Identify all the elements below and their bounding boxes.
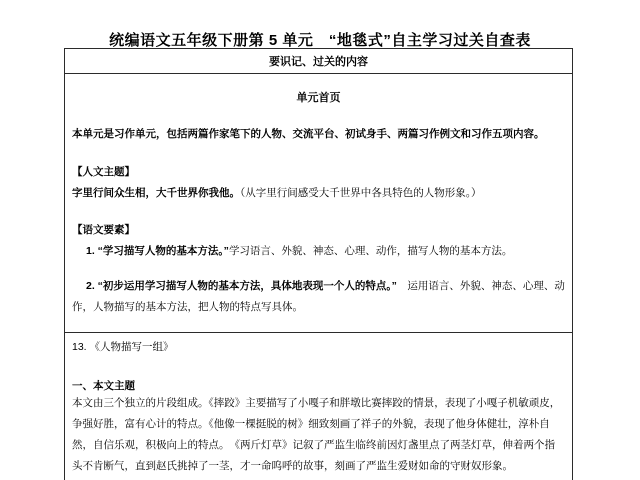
language-elements-block: 【语文要素】 1. “学习描写人物的基本方法。”学习语言、外貌、神态、心理、动作… <box>72 220 565 318</box>
unit-home-heading: 单元首页 <box>72 88 565 109</box>
page-title: 统编语文五年级下册第 5 单元 “地毯式”自主学习过关自查表 <box>0 29 640 50</box>
document-page: 统编语文五年级下册第 5 单元 “地毯式”自主学习过关自查表 要识记、过关的内容… <box>0 0 640 480</box>
humanities-theme-block: 【人文主题】 字里行间众生相，大千世界你我他。（从字里行间感受大千世界中各具特色… <box>72 162 565 204</box>
language-element-1: 1. “学习描写人物的基本方法。”学习语言、外貌、神态、心理、动作，描写人物的基… <box>72 241 565 262</box>
humanities-theme-main: 字里行间众生相，大千世界你我他。 <box>72 187 240 199</box>
unit-intro-text: 本单元是习作单元，包括两篇作家笔下的人物、交流平台、初试身手、两篇习作例文和习作… <box>72 124 565 145</box>
content-table: 要识记、过关的内容 单元首页 本单元是习作单元，包括两篇作家笔下的人物、交流平台… <box>64 48 573 480</box>
language-elements-label: 【语文要素】 <box>72 220 565 241</box>
unit-overview-cell: 单元首页 本单元是习作单元，包括两篇作家笔下的人物、交流平台、初试身手、两篇习作… <box>65 74 572 333</box>
humanities-theme-note: （从字里行间感受大千世界中各具特色的人物形象。） <box>240 187 482 199</box>
humanities-theme-label: 【人文主题】 <box>72 162 565 183</box>
table-header: 要识记、过关的内容 <box>65 49 572 74</box>
language-element-1-desc: 学习语言、外貌、神态、心理、动作，描写人物的基本方法。 <box>229 245 513 257</box>
lesson13-title: 13. 《人物描写一组》 <box>72 337 565 358</box>
humanities-theme-line: 字里行间众生相，大千世界你我他。（从字里行间感受大千世界中各具特色的人物形象。） <box>72 183 565 204</box>
language-element-1-quote: 1. “学习描写人物的基本方法。” <box>86 245 229 257</box>
language-element-2-quote: 2. “初步运用学习描写人物的基本方法，具体地表现一个人的特点。” <box>86 280 397 292</box>
lesson13-theme-text: 本文由三个独立的片段组成。《摔跤》主要描写了小嘎子和胖墩比赛摔跤的情景，表现了小… <box>72 393 565 477</box>
lesson13-cell: 13. 《人物描写一组》 一、本文主题 本文由三个独立的片段组成。《摔跤》主要描… <box>65 333 572 480</box>
language-element-2: 2. “初步运用学习描写人物的基本方法，具体地表现一个人的特点。” 运用语言、外… <box>72 276 565 318</box>
